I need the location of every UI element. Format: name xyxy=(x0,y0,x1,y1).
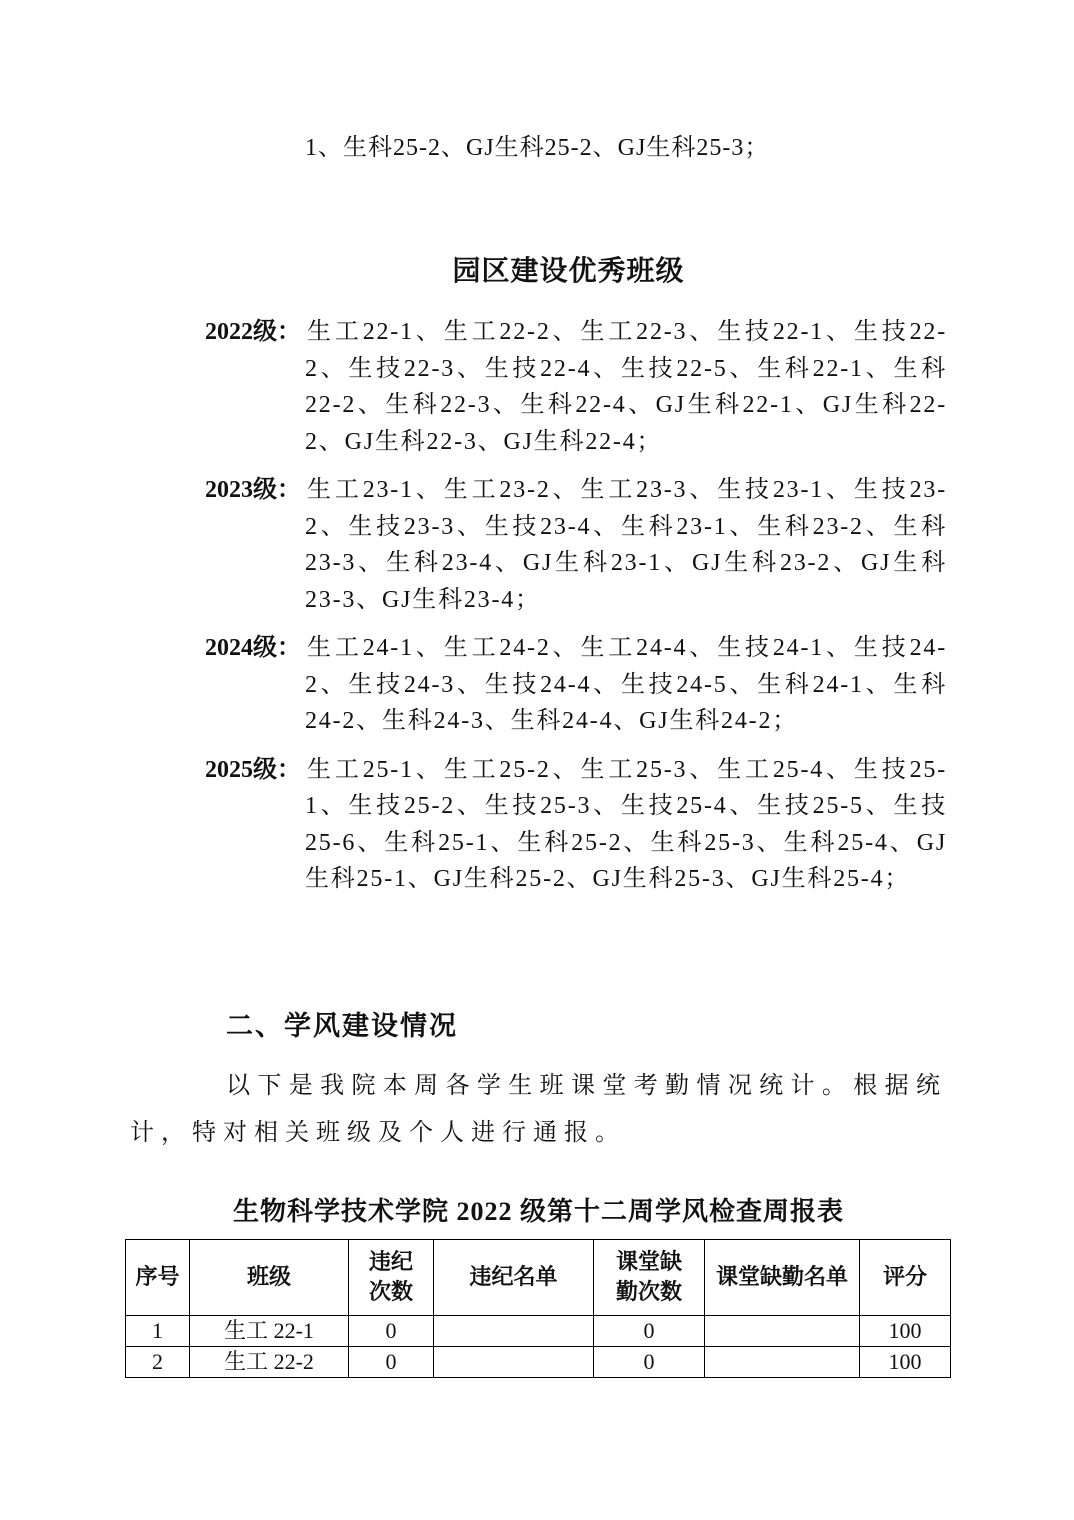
weekly-report-table: 序号 班级 违纪 次数 违纪名单 课堂缺 勤次数 课堂缺勤名单 评分 1 生工 … xyxy=(125,1239,951,1378)
cell-absence-names xyxy=(705,1315,860,1346)
header-cell-class: 班级 xyxy=(190,1239,349,1315)
cell-absence-count: 0 xyxy=(594,1346,705,1377)
grade-class-list: 生工24-1、生工24-2、生工24-4、生技24-1、生技24-2、生技24-… xyxy=(305,635,947,734)
report-table-title: 生物科学技术学院 2022 级第十二周学风检查周报表 xyxy=(130,1195,947,1229)
cell-violation-names xyxy=(434,1315,594,1346)
cell-class: 生工 22-2 xyxy=(190,1346,349,1377)
grade-label: 2024级： xyxy=(205,630,305,667)
header-cell-index: 序号 xyxy=(126,1239,190,1315)
study-summary-paragraph: 以下是我院本周各学生班课堂考勤情况统计。根据统计，特对相关班级及个人进行通报。 xyxy=(130,1063,947,1157)
grade-paragraph-2024: 2024级：生工24-1、生工24-2、生工24-4、生技24-1、生技24-2… xyxy=(205,630,947,740)
cell-score: 100 xyxy=(860,1346,951,1377)
cell-absence-count: 0 xyxy=(594,1315,705,1346)
header-cell-violation-names: 违纪名单 xyxy=(434,1239,594,1315)
grade-class-list: 生工25-1、生工25-2、生工25-3、生工25-4、生技25-1、生技25-… xyxy=(305,757,947,893)
cell-score: 100 xyxy=(860,1315,951,1346)
cell-violation-count: 0 xyxy=(349,1346,434,1377)
cell-index: 1 xyxy=(126,1315,190,1346)
park-section-heading: 园区建设优秀班级 xyxy=(130,254,947,289)
grade-label: 2025级： xyxy=(205,752,305,789)
grade-list: 2022级：生工22-1、生工22-2、生工22-3、生技22-1、生技22-2… xyxy=(130,314,947,898)
grade-paragraph-2023: 2023级：生工23-1、生工23-2、生工23-3、生技23-1、生技23-2… xyxy=(205,472,947,618)
cell-violation-count: 0 xyxy=(349,1315,434,1346)
overflow-class-list-line: 1、生科25-2、GJ生科25-2、GJ生科25-3； xyxy=(305,130,947,166)
grade-paragraph-2025: 2025级：生工25-1、生工25-2、生工25-3、生工25-4、生技25-1… xyxy=(205,752,947,898)
table-row: 1 生工 22-1 0 0 100 xyxy=(126,1315,951,1346)
header-cell-absence-count: 课堂缺 勤次数 xyxy=(594,1239,705,1315)
grade-paragraph-2022: 2022级：生工22-1、生工22-2、生工22-3、生技22-1、生技22-2… xyxy=(205,314,947,460)
table-header-row: 序号 班级 违纪 次数 违纪名单 课堂缺 勤次数 课堂缺勤名单 评分 xyxy=(126,1239,951,1315)
grade-label: 2022级： xyxy=(205,314,305,351)
study-section-heading: 二、学风建设情况 xyxy=(130,1008,947,1044)
grade-label: 2023级： xyxy=(205,472,305,509)
table-row: 2 生工 22-2 0 0 100 xyxy=(126,1346,951,1377)
header-cell-score: 评分 xyxy=(860,1239,951,1315)
cell-absence-names xyxy=(705,1346,860,1377)
cell-class: 生工 22-1 xyxy=(190,1315,349,1346)
grade-class-list: 生工23-1、生工23-2、生工23-3、生技23-1、生技23-2、生技23-… xyxy=(305,477,947,613)
grade-class-list: 生工22-1、生工22-2、生工22-3、生技22-1、生技22-2、生技22-… xyxy=(305,319,947,455)
cell-violation-names xyxy=(434,1346,594,1377)
document-page: 1、生科25-2、GJ生科25-2、GJ生科25-3； 园区建设优秀班级 202… xyxy=(0,0,1074,1520)
header-cell-absence-names: 课堂缺勤名单 xyxy=(705,1239,860,1315)
header-cell-violation-count: 违纪 次数 xyxy=(349,1239,434,1315)
cell-index: 2 xyxy=(126,1346,190,1377)
